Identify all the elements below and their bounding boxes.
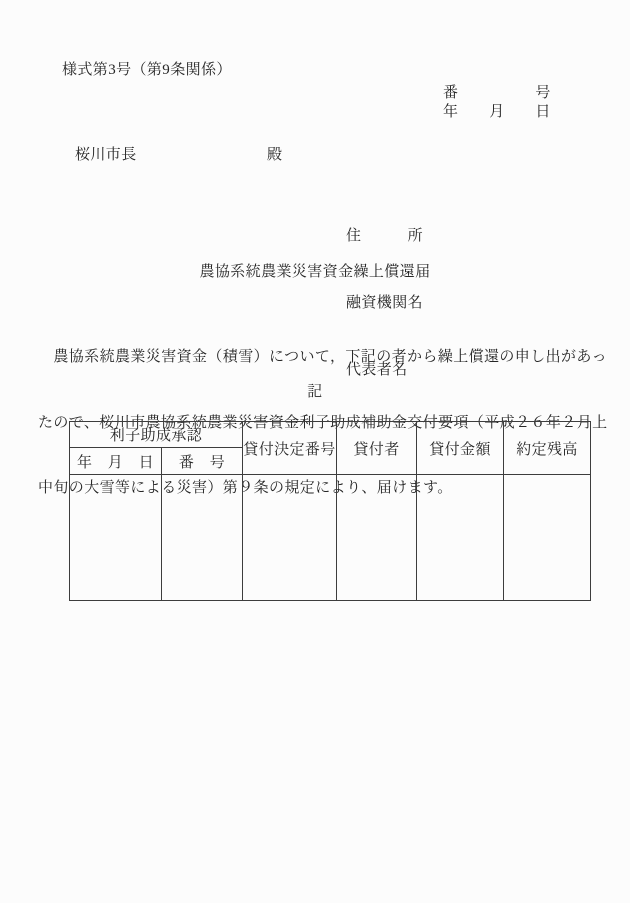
table-header-interest-subsidy-approval: 利子助成承認 bbox=[70, 422, 243, 448]
table-header-lender: 貸付者 bbox=[337, 422, 417, 475]
addressee-name: 桜川市長 bbox=[75, 144, 137, 166]
form-number: 様式第3号（第9条関係） bbox=[62, 59, 232, 81]
table-header-loan-decision-number: 貸付決定番号 bbox=[243, 422, 337, 475]
table-cell-approval-date bbox=[70, 475, 162, 601]
date-line: 年 月 日 bbox=[443, 101, 551, 123]
table-header-agreed-balance: 約定残高 bbox=[504, 422, 591, 475]
document-title: 農協系統農業災害資金繰上償還届 bbox=[0, 261, 630, 283]
body-line: 農協系統農業災害資金（積雪）について，下記の者から繰上償還の申し出があっ bbox=[38, 347, 598, 369]
table-cell-loan-amount bbox=[417, 475, 504, 601]
table-subheader-date: 年 月 日 bbox=[70, 448, 162, 475]
table-subheader-number: 番 号 bbox=[162, 448, 243, 475]
loan-table: 利子助成承認 貸付決定番号 貸付者 貸付金額 約定残高 年 月 日 番 号 bbox=[69, 421, 591, 601]
table-header-loan-amount: 貸付金額 bbox=[417, 422, 504, 475]
addressee-honorific: 殿 bbox=[267, 144, 282, 166]
table-cell-approval-number bbox=[162, 475, 243, 601]
table-cell-agreed-balance bbox=[504, 475, 591, 601]
table-header-row-group: 利子助成承認 貸付決定番号 貸付者 貸付金額 約定残高 bbox=[70, 422, 591, 448]
table-cell-loan-decision-number bbox=[243, 475, 337, 601]
ki-heading: 記 bbox=[0, 381, 630, 403]
document-page: 様式第3号（第9条関係） 番 号 年 月 日 桜川市長 殿 住 所 融資機関名 … bbox=[0, 0, 630, 903]
table-cell-lender bbox=[337, 475, 417, 601]
sender-address-label: 住 所 bbox=[346, 225, 423, 248]
table-row bbox=[70, 475, 591, 601]
